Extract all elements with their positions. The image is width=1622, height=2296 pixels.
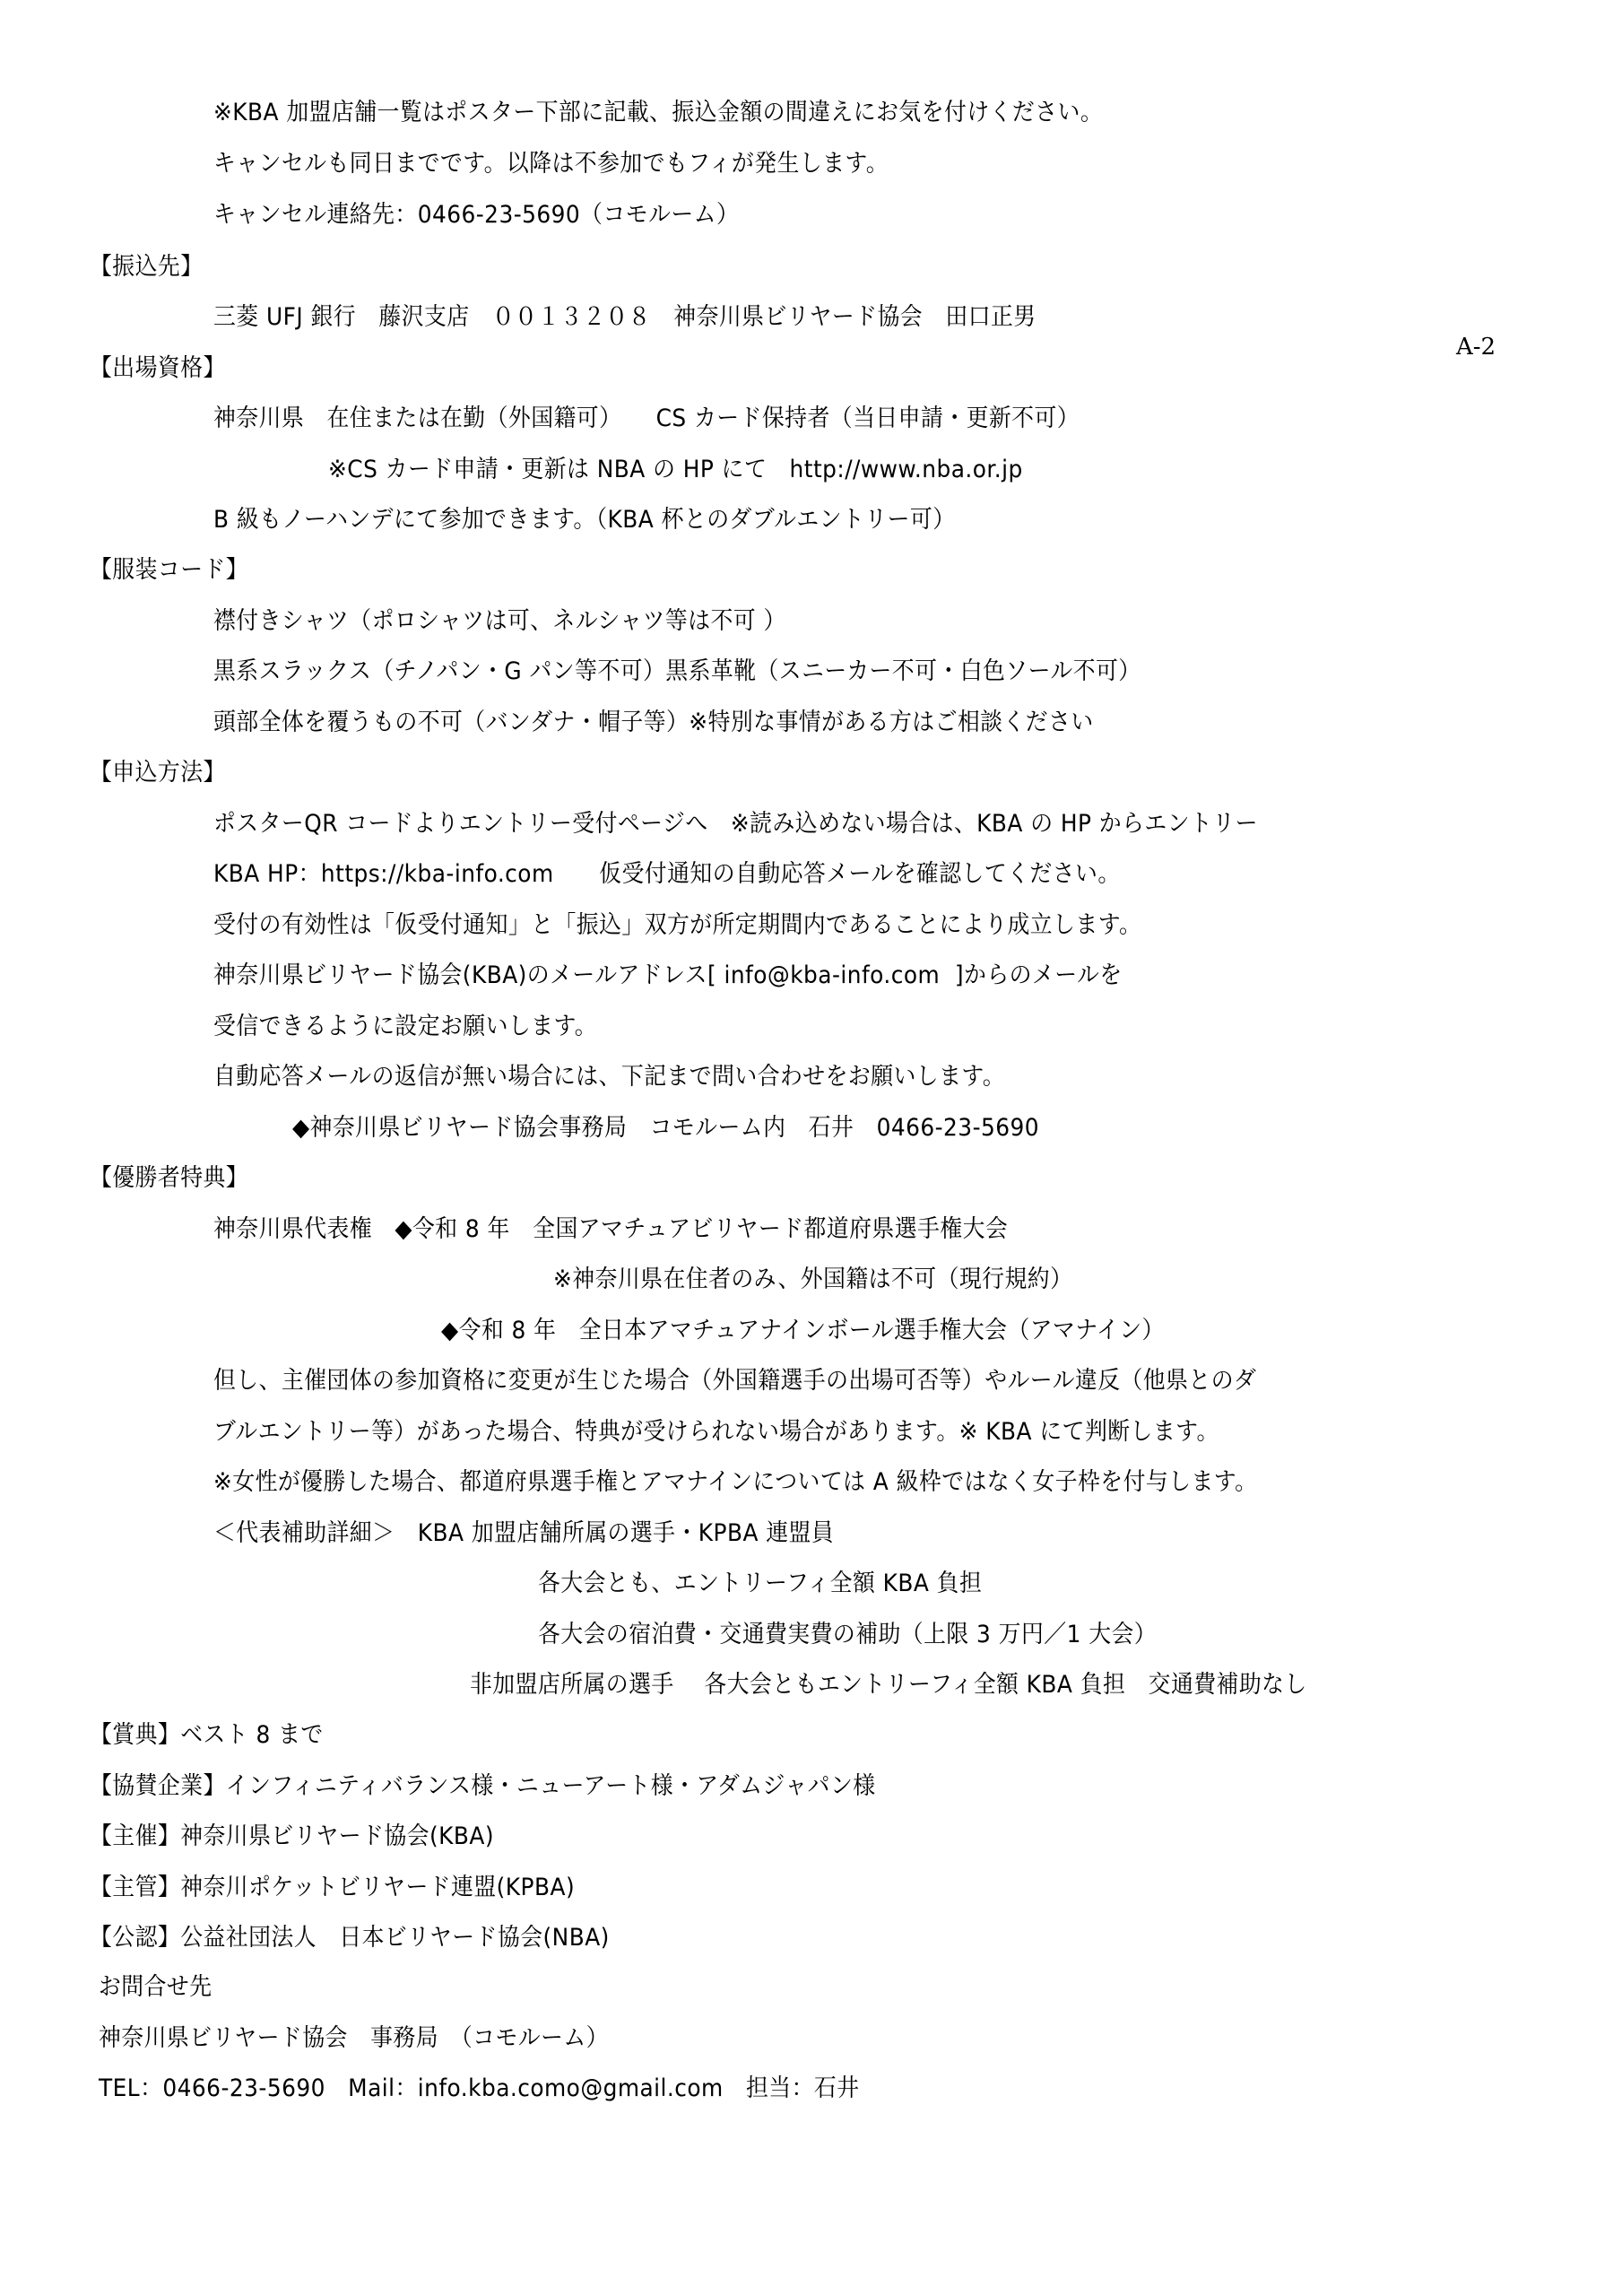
application-line: 受付の有効性は「仮受付通知」と「振込」双方が所定期間内であることにより成立します… (213, 909, 1141, 942)
sponsors: 【協賛企業】インフィニティバランス様・ニューアート様・アダムジャパン様 (90, 1770, 876, 1803)
benefit-condition: 但し、主催団体の参加資格に変更が生じた場合（外国籍選手の出場可否等）やルール違反… (213, 1365, 1256, 1397)
eligibility-line: B 級もノーハンデにて参加できます。（KBA 杯とのダブルエントリー可） (213, 504, 956, 536)
application-contact: ◆神奈川県ビリヤード協会事務局 コモルーム内 石井 0466-23-5690 (292, 1112, 1039, 1144)
section-heading-application: 【申込方法】 (90, 757, 226, 789)
transfer-account: 三菱 UFJ 銀行 藤沢支店 ００１３２０８ 神奈川県ビリヤード協会 田口正男 (213, 301, 1037, 334)
dress-code-line: 黒系スラックス（チノパン・G パン等不可）黒系革靴（スニーカー不可・白色ソール不… (213, 656, 1141, 688)
benefit-line: ◆令和 8 年 全日本アマチュアナインボール選手権大会（アマナイン） (441, 1315, 1165, 1347)
document-page: A-2 ※KBA 加盟店舗一覧はポスター下部に記載、振込金額の間違えにお気を付け… (0, 0, 1622, 2296)
application-line-kba-hp: KBA HP：https://kba-info.com 仮受付通知の自動応答メー… (213, 858, 1121, 891)
dress-code-line: 襟付きシャツ（ポロシャツは可、ネルシャツ等は不可 ） (213, 605, 786, 638)
benefit-subsidy-detail: 各大会の宿泊費・交通費実費の補助（上限 3 万円／1 大会） (538, 1619, 1157, 1651)
organizer: 【主催】神奈川県ビリヤード協会(KBA) (90, 1821, 494, 1853)
benefit-condition: ブルエントリー等）があった場合、特典が受けられない場合があります。※ KBA に… (213, 1416, 1219, 1448)
section-heading-winner-benefits: 【優勝者特典】 (90, 1162, 248, 1195)
benefit-women-note: ※女性が優勝した場合、都道府県選手権とアマナインについては A 級枠ではなく女子… (213, 1466, 1257, 1499)
benefit-subsidy-heading: ＜代表補助詳細＞ KBA 加盟店舗所属の選手・KPBA 連盟員 (213, 1518, 834, 1550)
section-heading-transfer: 【振込先】 (90, 251, 204, 283)
benefit-note: ※神奈川県在住者のみ、外国籍は不可（現行規約） (553, 1264, 1072, 1296)
intro-note-kba-stores: ※KBA 加盟店舗一覧はポスター下部に記載、振込金額の間違えにお気を付けください… (213, 97, 1103, 129)
benefit-subsidy-non-member: 非加盟店所属の選手 各大会ともエントリーフィ全額 KBA 負担 交通費補助なし (470, 1669, 1307, 1701)
prizes: 【賞典】ベスト 8 まで (90, 1719, 324, 1752)
benefit-line: 神奈川県代表権 ◆令和 8 年 全国アマチュアビリヤード都道府県選手権大会 (213, 1213, 1008, 1246)
intro-note-cancel-contact: キャンセル連絡先：0466-23-5690（コモルーム） (213, 199, 739, 231)
intro-note-cancel: キャンセルも同日までです。以降は不参加でもフィが発生します。 (213, 148, 889, 180)
section-heading-eligibility: 【出場資格】 (90, 352, 226, 385)
contact-title: お問合せ先 (99, 1971, 213, 2004)
manager: 【主管】神奈川ポケットビリヤード連盟(KPBA) (90, 1872, 575, 1904)
dress-code-line: 頭部全体を覆うもの不可（バンダナ・帽子等）※特別な事情がある方はご相談ください (213, 707, 1094, 739)
application-line: 自動応答メールの返信が無い場合には、下記まで問い合わせをお願いします。 (213, 1061, 1005, 1093)
sanction: 【公認】公益社団法人 日本ビリヤード協会(NBA) (90, 1922, 610, 1954)
contact-details: TEL：0466-23-5690 Mail：info.kba.como@gmai… (99, 2073, 859, 2105)
eligibility-note-cs-card: ※CS カード申請・更新は NBA の HP にて http://www.nba… (328, 454, 1023, 486)
section-heading-dress-code: 【服装コード】 (90, 554, 248, 587)
eligibility-line: 神奈川県 在住または在勤（外国籍可） CS カード保持者（当日申請・更新不可） (213, 403, 1080, 435)
benefit-subsidy-detail: 各大会とも、エントリーフィ全額 KBA 負担 (538, 1568, 982, 1600)
application-line: ポスターQR コードよりエントリー受付ページへ ※読み込めない場合は、KBA の… (213, 808, 1258, 840)
page-label: A-2 (1456, 334, 1496, 361)
contact-org: 神奈川県ビリヤード協会 事務局 （コモルーム） (99, 2022, 609, 2055)
application-line: 受信できるように設定お願いします。 (213, 1011, 597, 1043)
application-line-email: 神奈川県ビリヤード協会(KBA)のメールアドレス[ info@kba-info.… (213, 960, 1123, 992)
